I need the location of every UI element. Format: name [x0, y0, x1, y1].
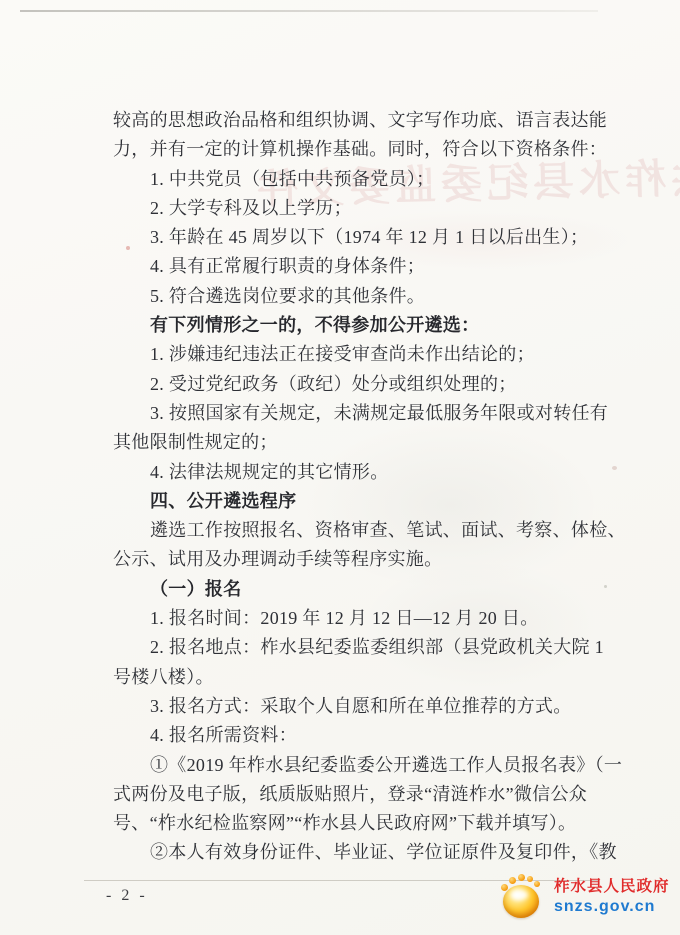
text-line: 3. 报名方式：采取个人自愿和所在单位推荐的方式。 — [113, 692, 613, 721]
text-line: 较高的思想政治品格和组织协调、文字写作功底、语言表达能 — [113, 106, 613, 135]
text-line: 5. 符合遴选岗位要求的其他条件。 — [113, 282, 613, 311]
text-line: 2. 受过党纪政务（政纪）处分或组织处理的； — [113, 370, 613, 399]
text-line: 号楼八楼）。 — [113, 663, 613, 692]
text-line: 2. 报名地点：柞水县纪委监委组织部（县党政机关大院 1 — [113, 633, 613, 662]
gov-org-name: 柞水县人民政府 — [554, 877, 670, 896]
text-line: 号、“柞水纪检监察网”“柞水县人民政府网”下载并填写）。 — [113, 809, 613, 838]
document-body: 较高的思想政治品格和组织协调、文字写作功底、语言表达能力，并有一定的计算机操作基… — [113, 106, 613, 868]
text-line: 4. 法律法规规定的其它情形。 — [113, 458, 613, 487]
gov-watermark-logo: 柞水县人民政府 snzs.gov.cn — [500, 872, 670, 922]
gov-site-url: snzs.gov.cn — [554, 897, 670, 917]
text-line: 3. 按照国家有关规定，未满规定最低服务年限或对转任有 — [113, 399, 613, 428]
text-line: 力，并有一定的计算机操作基础。同时，符合以下资格条件： — [113, 135, 613, 164]
scan-artifact-top-line — [20, 10, 598, 12]
text-line: 1. 涉嫌违纪违法正在接受审查尚未作出结论的； — [113, 340, 613, 369]
text-line: 式两份及电子版，纸质版贴照片，登录“清涟柞水”微信公众 — [113, 780, 613, 809]
text-line: 有下列情形之一的，不得参加公开遴选： — [113, 311, 613, 340]
text-line: 其他限制性规定的； — [113, 428, 613, 457]
text-line: ②本人有效身份证件、毕业证、学位证原件及复印件，《教 — [113, 838, 613, 867]
text-line: 公示、试用及办理调动手续等程序实施。 — [113, 545, 613, 574]
text-line: 3. 年龄在 45 周岁以下（1974 年 12 月 1 日以后出生）； — [113, 223, 613, 252]
text-line: 四、公开遴选程序 — [113, 487, 613, 516]
text-line: （一）报名 — [113, 575, 613, 604]
paw-icon — [500, 872, 546, 922]
text-line: ①《2019 年柞水县纪委监委公开遴选工作人员报名表》（一 — [113, 751, 613, 780]
text-line: 4. 具有正常履行职责的身体条件； — [113, 252, 613, 281]
text-line: 1. 报名时间：2019 年 12 月 12 日—12 月 20 日。 — [113, 604, 613, 633]
text-line: 2. 大学专科及以上学历； — [113, 194, 613, 223]
gov-logo-text: 柞水县人民政府 snzs.gov.cn — [554, 877, 670, 916]
text-line: 1. 中共党员（包括中共预备党员）； — [113, 165, 613, 194]
text-line: 遴选工作按照报名、资格审查、笔试、面试、考察、体检、 — [113, 516, 613, 545]
page-number: - 2 - — [106, 887, 148, 905]
text-line: 4. 报名所需资料： — [113, 721, 613, 750]
scanned-document-page: 中共柞水县纪委监委文件 较高的思想政治品格和组织协调、文字写作功底、语言表达能力… — [0, 0, 680, 935]
